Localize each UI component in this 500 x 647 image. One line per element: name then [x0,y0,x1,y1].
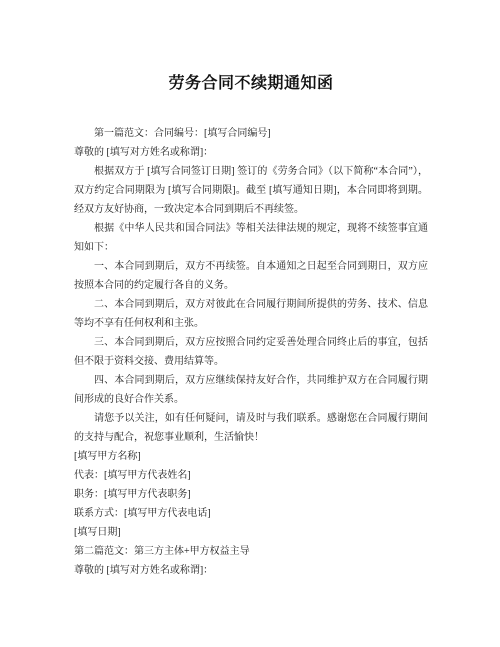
document-paragraph: 二、本合同到期后，双方对彼此在合同履行期间所提供的劳务、技术、信息等均不享有任何… [74,295,428,333]
document-paragraph: 第一篇范文：合同编号：[填写合同编号] [74,124,428,143]
document-paragraph: 根据双方于 [填写合同签订日期] 签订的《劳务合同》（以下简称“本合同”），双方… [74,162,428,219]
document-paragraph: 请您予以关注，如有任何疑问，请及时与我们联系。感谢您在合同履行期间的支持与配合，… [74,409,428,447]
document-paragraph: 四、本合同到期后，双方应继续保持友好合作，共同维护双方在合同履行期间形成的良好合… [74,371,428,409]
document-paragraph: 三、本合同到期后，双方应按照合同约定妥善处理合同终止后的事宜，包括但不限于资料交… [74,333,428,371]
document-page: 劳务合同不续期通知函 第一篇范文：合同编号：[填写合同编号]尊敬的 [填写对方姓… [0,0,500,647]
document-paragraph: 职务：[填写甲方代表职务] [74,485,428,504]
document-paragraph: 一、本合同到期后，双方不再续签。自本通知之日起至合同到期日，双方应按照本合同的约… [74,257,428,295]
document-paragraph: [填写日期] [74,523,428,542]
document-paragraph: 尊敬的 [填写对方姓名或称谓]： [74,561,428,580]
document-paragraph: 第二篇范文：第三方主体+甲方权益主导 [74,542,428,561]
document-paragraph: 根据《中华人民共和国合同法》等相关法律法规的规定，现将不续签事宜通知如下： [74,219,428,257]
document-paragraph: [填写甲方名称] [74,447,428,466]
document-body: 第一篇范文：合同编号：[填写合同编号]尊敬的 [填写对方姓名或称谓]：根据双方于… [74,124,428,580]
document-paragraph: 联系方式：[填写甲方代表电话] [74,504,428,523]
document-title: 劳务合同不续期通知函 [74,71,428,97]
document-paragraph: 代表：[填写甲方代表姓名] [74,466,428,485]
document-paragraph: 尊敬的 [填写对方姓名或称谓]： [74,143,428,162]
